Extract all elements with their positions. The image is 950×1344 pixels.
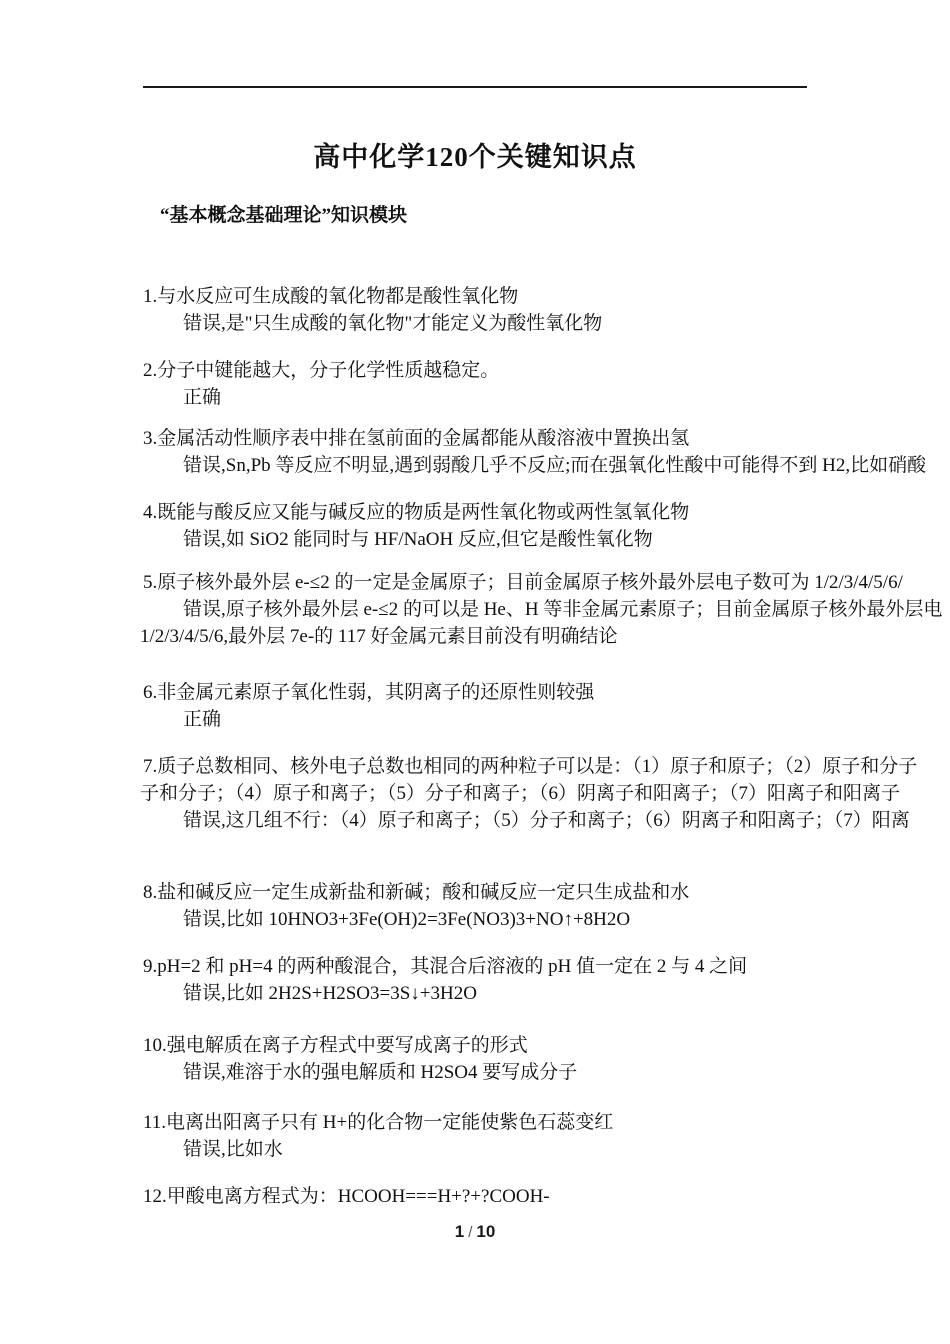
item-answer: 错误,原子核外最外层 e-≤2 的可以是 He、H 等非金属元素原子；目前金属原… — [183, 596, 950, 623]
item-question: 3.金属活动性顺序表中排在氢前面的金属都能从酸溶液中置换出氢 — [143, 425, 950, 452]
item-question: 5.原子核外最外层 e-≤2 的一定是金属原子；目前金属原子核外最外层电子数可为… — [143, 569, 950, 596]
item-answer: 错误,这几组不行：（4）原子和离子；（5）分子和离子；（6）阴离子和阳离子；（7… — [183, 807, 950, 834]
page-number-separator: / — [464, 1224, 476, 1241]
knowledge-item: 5.原子核外最外层 e-≤2 的一定是金属原子；目前金属原子核外最外层电子数可为… — [143, 569, 950, 650]
item-question: 12.甲酸电离方程式为：HCOOH===H+?+?COOH- — [143, 1183, 950, 1210]
knowledge-item: 10.强电解质在离子方程式中要写成离子的形式错误,难溶于水的强电解质和 H2SO… — [143, 1032, 950, 1086]
current-page-number: 1 — [455, 1222, 464, 1241]
item-question: 10.强电解质在离子方程式中要写成离子的形式 — [143, 1032, 950, 1059]
item-answer: 正确 — [183, 706, 950, 733]
section-heading: “基本概念基础理论”知识模块 — [160, 203, 407, 229]
knowledge-item: 3.金属活动性顺序表中排在氢前面的金属都能从酸溶液中置换出氢错误,Sn,Pb 等… — [143, 425, 950, 479]
item-answer: 正确 — [183, 384, 950, 411]
total-page-count: 10 — [476, 1222, 495, 1241]
item-question: 1.与水反应可生成酸的氧化物都是酸性氧化物 — [143, 283, 950, 310]
item-answer: 错误,难溶于水的强电解质和 H2SO4 要写成分子 — [183, 1059, 950, 1086]
knowledge-item: 12.甲酸电离方程式为：HCOOH===H+?+?COOH- — [143, 1183, 950, 1210]
page-title: 高中化学120个关键知识点 — [0, 140, 950, 174]
knowledge-list: 1.与水反应可生成酸的氧化物都是酸性氧化物错误,是"只生成酸的氧化物"才能定义为… — [143, 283, 950, 1230]
item-continuation: 子和分子；（4）原子和离子；（5）分子和离子；（6）阴离子和阳离子；（7）阳离子… — [140, 780, 950, 807]
item-answer: 错误,比如 10HNO3+3Fe(OH)2=3Fe(NO3)3+NO↑+8H2O — [183, 906, 950, 933]
knowledge-item: 9.pH=2 和 pH=4 的两种酸混合，其混合后溶液的 pH 值一定在 2 与… — [143, 953, 950, 1007]
item-question: 9.pH=2 和 pH=4 的两种酸混合，其混合后溶液的 pH 值一定在 2 与… — [143, 953, 950, 980]
knowledge-item: 2.分子中键能越大，分子化学性质越稳定。正确 — [143, 357, 950, 411]
item-answer: 错误,是"只生成酸的氧化物"才能定义为酸性氧化物 — [183, 310, 950, 337]
item-answer: 错误,Sn,Pb 等反应不明显,遇到弱酸几乎不反应;而在强氧化性酸中可能得不到 … — [183, 452, 950, 479]
item-continuation: 1/2/3/4/5/6,最外层 7e-的 117 好金属元素目前没有明确结论 — [140, 623, 950, 650]
item-answer: 错误,比如水 — [183, 1136, 950, 1163]
item-question: 2.分子中键能越大，分子化学性质越稳定。 — [143, 357, 950, 384]
item-question: 7.质子总数相同、核外电子总数也相同的两种粒子可以是：（1）原子和原子；（2）原… — [143, 753, 950, 780]
knowledge-item: 1.与水反应可生成酸的氧化物都是酸性氧化物错误,是"只生成酸的氧化物"才能定义为… — [143, 283, 950, 337]
knowledge-item: 7.质子总数相同、核外电子总数也相同的两种粒子可以是：（1）原子和原子；（2）原… — [143, 753, 950, 834]
knowledge-item: 11.电离出阳离子只有 H+的化合物一定能使紫色石蕊变红错误,比如水 — [143, 1109, 950, 1163]
item-question: 11.电离出阳离子只有 H+的化合物一定能使紫色石蕊变红 — [143, 1109, 950, 1136]
knowledge-item: 6.非金属元素原子氧化性弱，其阴离子的还原性则较强正确 — [143, 679, 950, 733]
item-question: 6.非金属元素原子氧化性弱，其阴离子的还原性则较强 — [143, 679, 950, 706]
item-answer: 错误,比如 2H2S+H2SO3=3S↓+3H2O — [183, 980, 950, 1007]
item-question: 4.既能与酸反应又能与碱反应的物质是两性氧化物或两性氢氧化物 — [143, 499, 950, 526]
item-answer: 错误,如 SiO2 能同时与 HF/NaOH 反应,但它是酸性氧化物 — [183, 526, 950, 553]
item-question: 8.盐和碱反应一定生成新盐和新碱；酸和碱反应一定只生成盐和水 — [143, 879, 950, 906]
page-number: 1/10 — [0, 1222, 950, 1242]
knowledge-item: 4.既能与酸反应又能与碱反应的物质是两性氧化物或两性氢氧化物错误,如 SiO2 … — [143, 499, 950, 553]
header-rule — [143, 86, 807, 88]
knowledge-item: 8.盐和碱反应一定生成新盐和新碱；酸和碱反应一定只生成盐和水错误,比如 10HN… — [143, 879, 950, 933]
